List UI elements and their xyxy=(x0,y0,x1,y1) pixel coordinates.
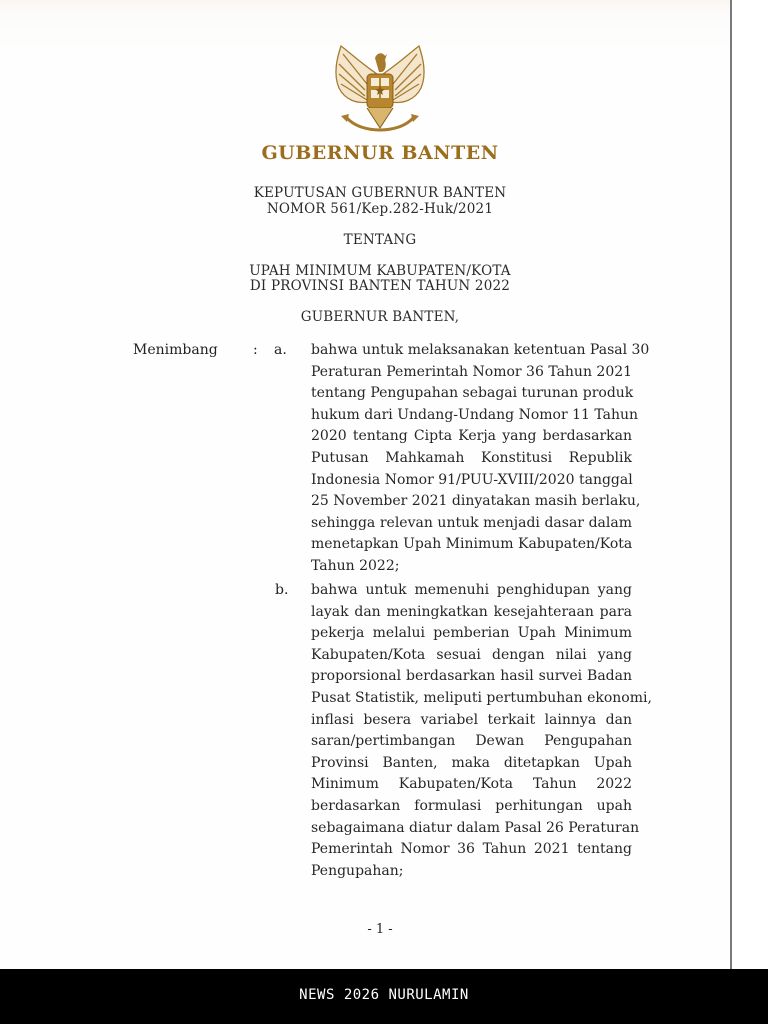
consideration-paragraph-a: bahwa untuk melaksanakan ketentuan Pasal… xyxy=(311,340,632,578)
paragraph-line: Pengupahan; xyxy=(311,861,632,883)
section-colon: : xyxy=(253,342,258,358)
paragraph-line: Kabupaten/Kota sesuai dengan nilai yang xyxy=(311,645,632,667)
footer-bar: NEWS 2026 NURULAMIN xyxy=(0,969,768,1024)
paragraph-line: tentang Pengupahan sebagai turunan produ… xyxy=(311,383,632,405)
paragraph-line: hukum dari Undang-Undang Nomor 11 Tahun xyxy=(311,405,632,427)
subject-line-1: UPAH MINIMUM KABUPATEN/KOTA xyxy=(0,263,760,279)
paragraph-line: Pusat Statistik, meliputi pertumbuhan ek… xyxy=(311,688,632,710)
paragraph-line: menetapkan Upah Minimum Kabupaten/Kota xyxy=(311,534,632,556)
decree-number: NOMOR 561/Kep.282-Huk/2021 xyxy=(0,201,760,217)
about-label: TENTANG xyxy=(0,232,760,248)
consideration-paragraph-b: bahwa untuk memenuhi penghidupan yanglay… xyxy=(311,580,632,882)
paragraph-line: Indonesia Nomor 91/PUU-XVIII/2020 tangga… xyxy=(311,470,632,492)
paragraph-line: inflasi besera variabel terkait lainnya … xyxy=(311,710,632,732)
footer-watermark: NEWS 2026 NURULAMIN xyxy=(0,987,768,1003)
decree-title: KEPUTUSAN GUBERNUR BANTEN xyxy=(0,185,760,201)
paragraph-line: Minimum Kabupaten/Kota Tahun 2022 xyxy=(311,774,632,796)
institution-title: GUBERNUR BANTEN xyxy=(0,142,760,164)
paragraph-line: Tahun 2022; xyxy=(311,556,632,578)
paragraph-line: Provinsi Banten, maka ditetapkan Upah xyxy=(311,753,632,775)
paragraph-line: Pemerintah Nomor 36 Tahun 2021 tentang xyxy=(311,839,632,861)
garuda-pancasila-emblem-icon xyxy=(327,44,433,140)
paragraph-line: 2020 tentang Cipta Kerja yang berdasarka… xyxy=(311,426,632,448)
page-number: - 1 - xyxy=(0,922,760,937)
paragraph-line: proporsional berdasarkan hasil survei Ba… xyxy=(311,666,632,688)
paragraph-line: bahwa untuk memenuhi penghidupan yang xyxy=(311,580,632,602)
subject-line-2: DI PROVINSI BANTEN TAHUN 2022 xyxy=(0,278,760,294)
paragraph-line: bahwa untuk melaksanakan ketentuan Pasal… xyxy=(311,340,632,362)
paragraph-line: sehingga relevan untuk menjadi dasar dal… xyxy=(311,513,632,535)
paragraph-line: saran/pertimbangan Dewan Pengupahan xyxy=(311,731,632,753)
item-letter-b: b. xyxy=(275,582,288,598)
paragraph-line: pekerja melalui pemberian Upah Minimum xyxy=(311,623,632,645)
paragraph-line: Putusan Mahkamah Konstitusi Republik xyxy=(311,448,632,470)
paragraph-line: 25 November 2021 dinyatakan masih berlak… xyxy=(311,491,632,513)
paragraph-line: sebagaimana diatur dalam Pasal 26 Peratu… xyxy=(311,818,632,840)
paragraph-line: Peraturan Pemerintah Nomor 36 Tahun 2021 xyxy=(311,362,632,384)
paragraph-line: berdasarkan formulasi perhitungan upah xyxy=(311,796,632,818)
paragraph-line: layak dan meningkatkan kesejahteraan par… xyxy=(311,602,632,624)
item-letter-a: a. xyxy=(274,342,287,358)
section-label-menimbang: Menimbang xyxy=(133,342,218,358)
issuer-line: GUBERNUR BANTEN, xyxy=(0,309,760,325)
